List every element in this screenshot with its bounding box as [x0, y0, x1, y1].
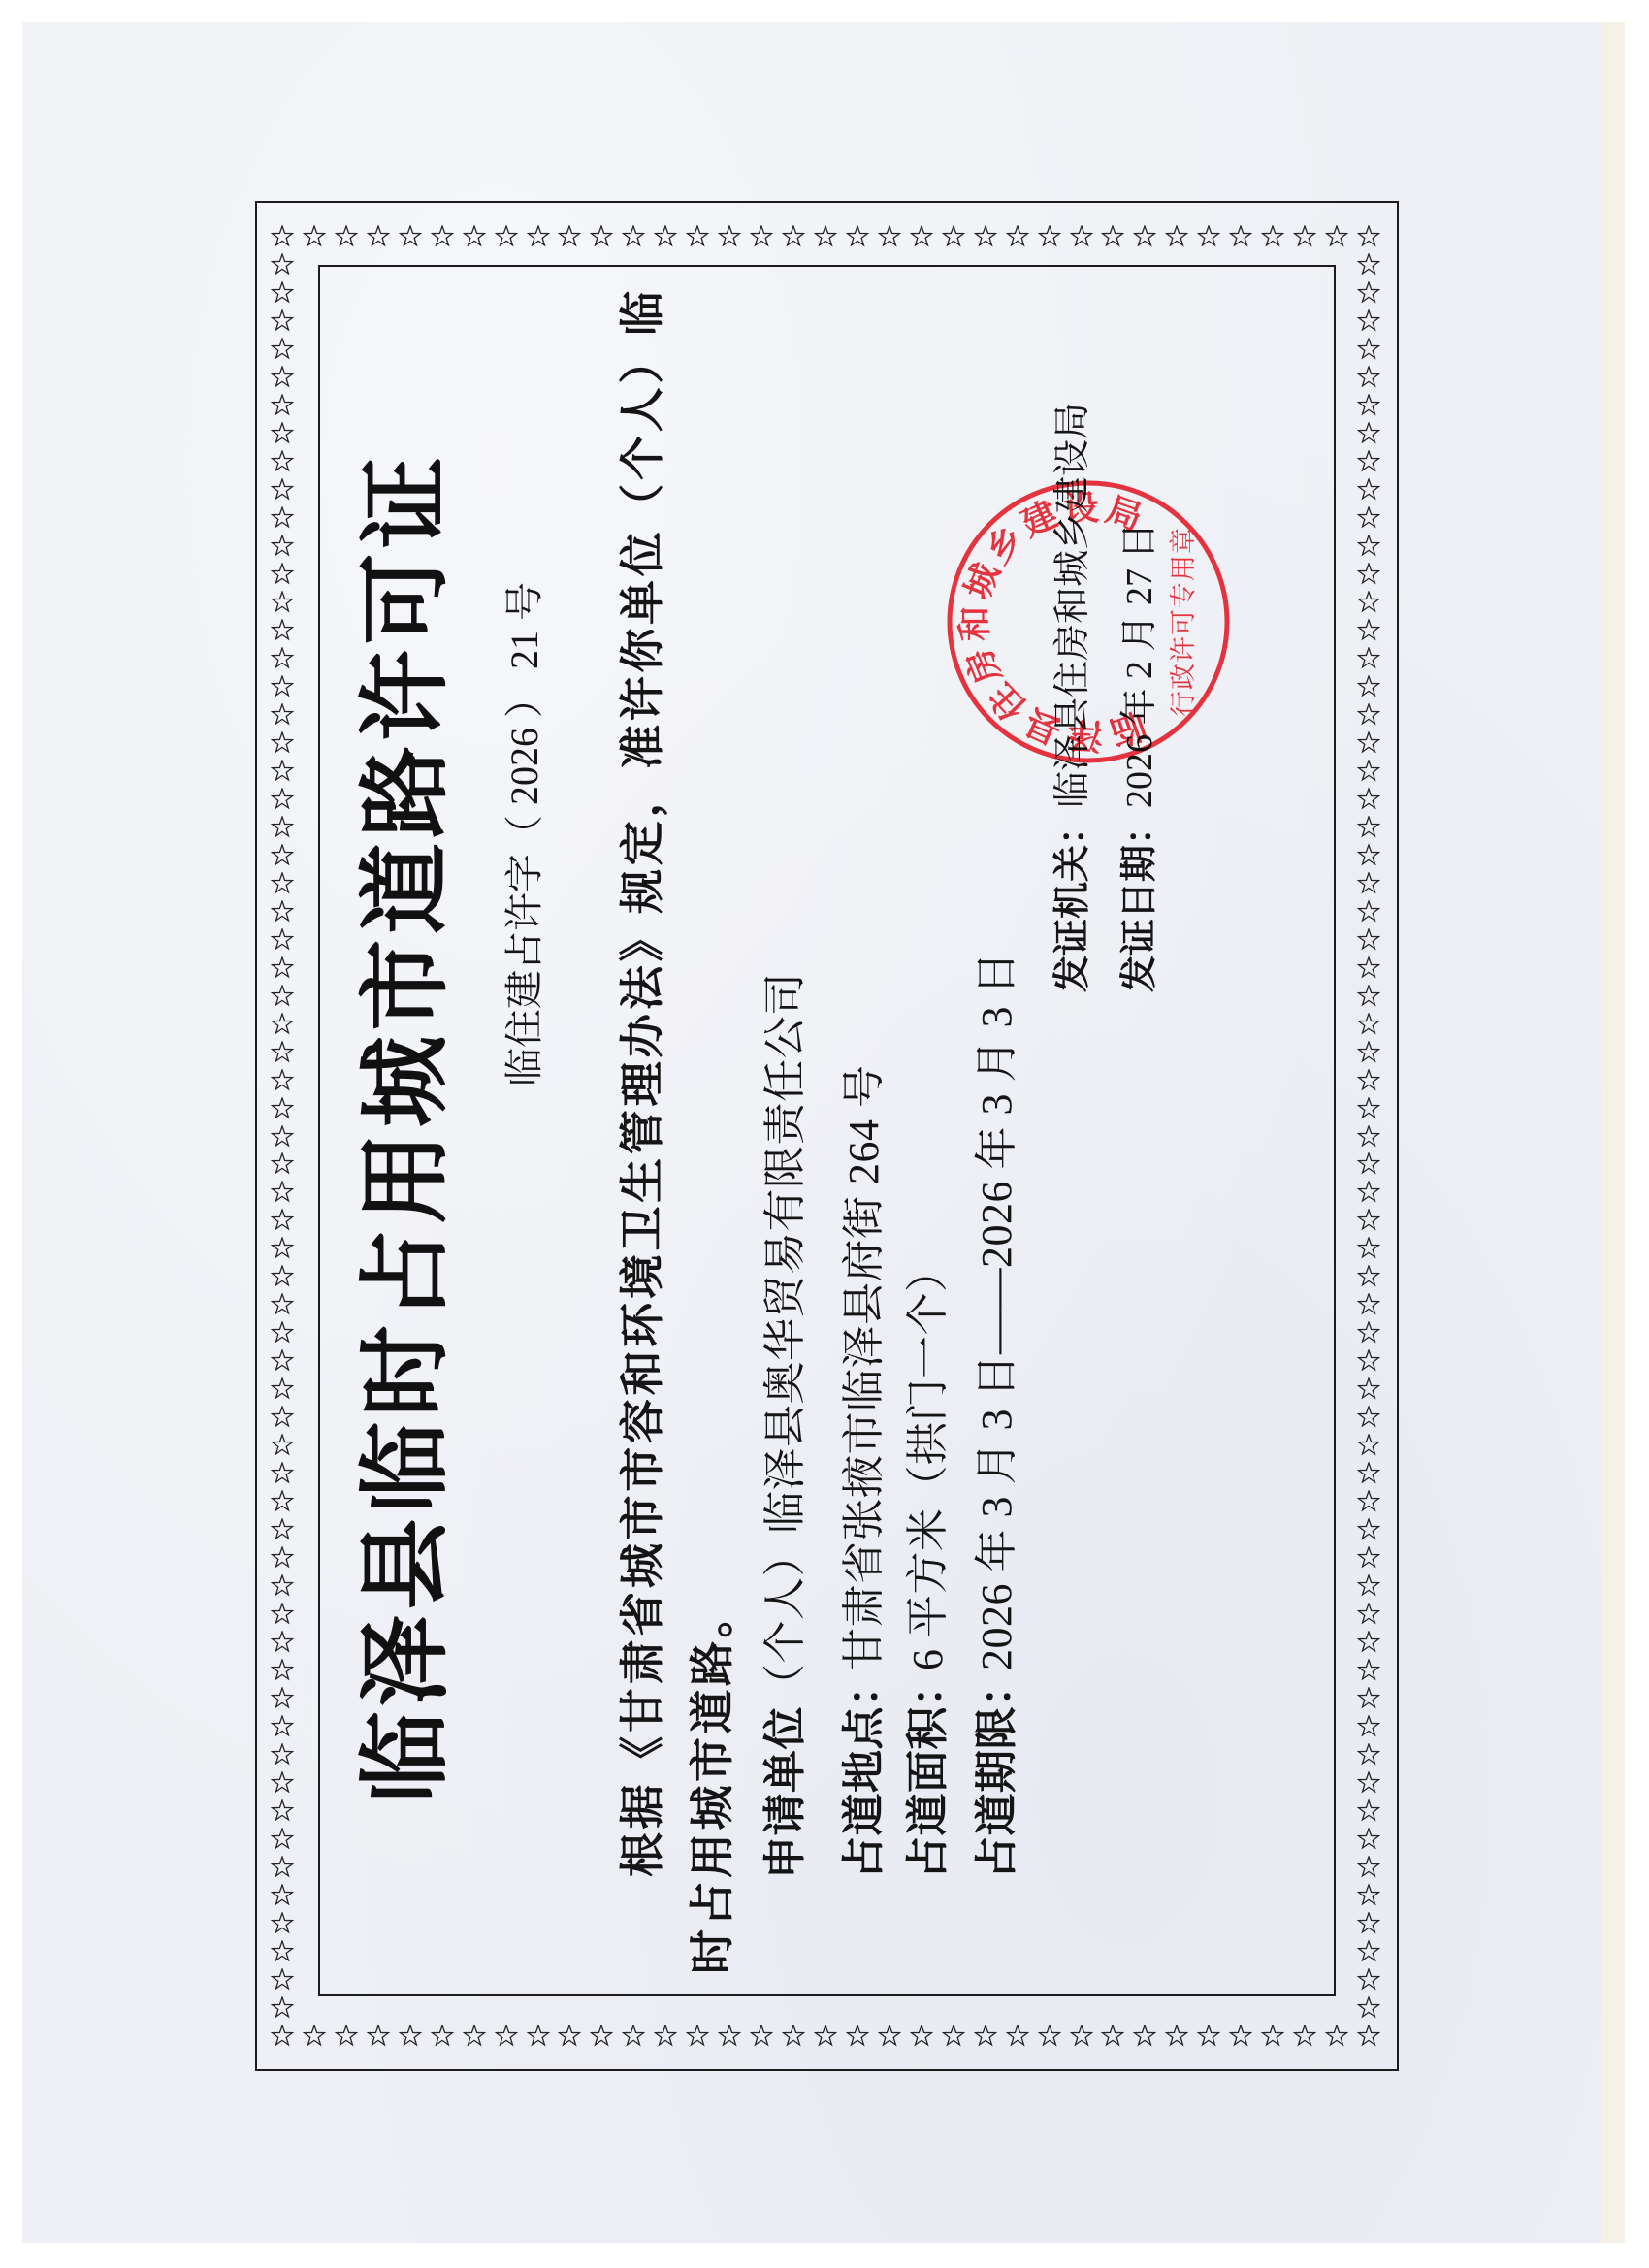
period-row: 占道期限： 2026 年 3 月 3 日——2026 年 3 月 3 日: [976, 1664, 1018, 1880]
certificate-title: 临泽县临时占用城市道路许可证: [360, 201, 451, 2071]
location-value: 甘肃省张掖市临泽县府街 264 号: [843, 1065, 886, 1671]
area-row: 占道面积： 6 平方米（拱门一个）: [907, 1664, 950, 1880]
period-label: 占道期限：: [973, 1664, 1020, 1880]
certificate-content: 临泽县临时占用城市道路许可证 临住建占许字（ 2026 ） 21 号 根据《甘肃…: [255, 201, 1399, 2071]
location-row: 占道地点： 甘肃省张掖市临泽县府街 264 号: [843, 1664, 886, 1880]
issue-date-label: 发证日期：: [1119, 808, 1160, 992]
applicant-row: 申请单位（个人）临泽县奥华贸易有限责任公司: [764, 973, 807, 1880]
body-text-line: 时占用城市道路。: [691, 1590, 735, 1974]
paper-edge: [1600, 22, 1625, 2243]
seal-center-text: 行政许可专用章: [1169, 527, 1199, 717]
body-text-line: 根据《甘肃省城市市容和环境卫生管理办法》规定，准许你单位（个人）临: [621, 290, 665, 1877]
area-label: 占道面积：: [904, 1664, 952, 1880]
official-seal-icon: 临泽县住房和城乡建设局 行政许可专用章: [943, 476, 1234, 767]
area-value: 6 平方米（拱门一个）: [907, 1249, 950, 1671]
period-value: 2026 年 3 月 3 日——2026 年 3 月 3 日: [976, 952, 1018, 1670]
permit-number: 临住建占许字（ 2026 ） 21 号: [505, 582, 544, 1086]
applicant-value: （个人）临泽县奥华贸易有限责任公司: [761, 973, 809, 1707]
applicant-label: 申请单位: [761, 1706, 809, 1879]
location-label: 占道地点：: [840, 1664, 888, 1880]
issuer-label: 发证机关：: [1052, 808, 1093, 992]
